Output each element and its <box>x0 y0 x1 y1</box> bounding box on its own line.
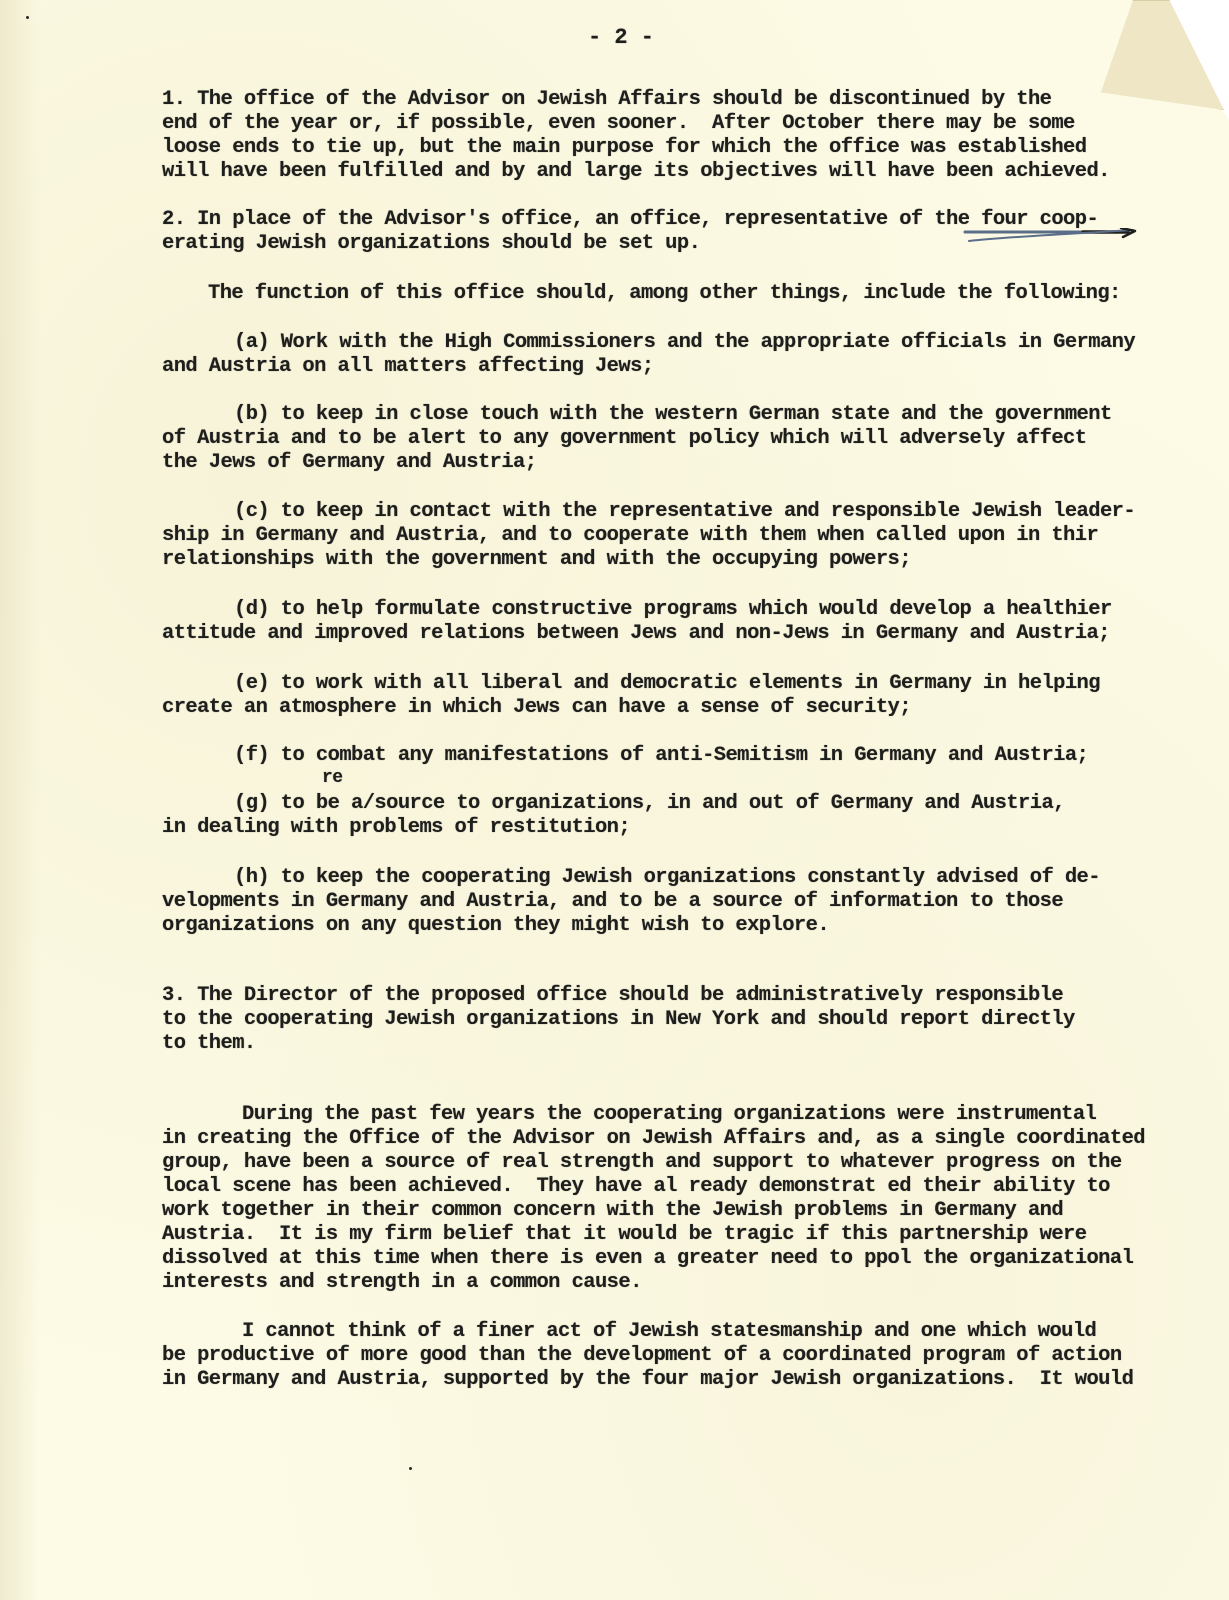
paper-speck <box>26 16 29 19</box>
item-b-line-3: the Jews of Germany and Austria; <box>162 451 536 475</box>
item-g-line-1: (g) to be a/source to organizations, in … <box>234 792 1065 816</box>
item-1-line-2: end of the year or, if possible, even so… <box>162 112 1075 136</box>
item-2-line-1: 2. In place of the Advisor's office, an … <box>162 208 1098 232</box>
item-f-line-1: (f) to combat any manifestations of anti… <box>234 744 1088 768</box>
past-years-line-2: in creating the Office of the Advisor on… <box>162 1127 1145 1151</box>
item-h-line-1: (h) to keep the cooperating Jewish organ… <box>234 866 1100 890</box>
item-d-line-1: (d) to help formulate constructive progr… <box>234 598 1112 622</box>
statesmanship-line-2: be productive of more good than the deve… <box>162 1344 1122 1368</box>
item-g-line-2: in dealing with problems of restitution; <box>162 816 630 840</box>
past-years-line-7: dissolved at this time when there is eve… <box>162 1247 1133 1271</box>
past-years-line-5: work together in their common concern wi… <box>162 1199 1063 1223</box>
item-c-line-3: relationships with the government and wi… <box>162 548 911 572</box>
statesmanship-line-1: I cannot think of a finer act of Jewish … <box>242 1320 1096 1344</box>
past-years-line-4: local scene has been achieved. They have… <box>162 1175 1110 1199</box>
item-e-line-1: (e) to work with all liberal and democra… <box>234 672 1100 696</box>
item-1-line-4: will have been fulfilled and by and larg… <box>162 160 1110 184</box>
item-2-line-2: erating Jewish organizations should be s… <box>162 232 700 256</box>
item-c-line-2: ship in Germany and Austria, and to coop… <box>162 524 1098 548</box>
page-number: - 2 - <box>588 25 654 50</box>
item-d-line-2: attitude and improved relations between … <box>162 622 1110 646</box>
item-b-line-2: of Austria and to be alert to any govern… <box>162 427 1086 451</box>
item-c-line-1: (c) to keep in contact with the represen… <box>234 500 1135 524</box>
item-b-line-1: (b) to keep in close touch with the west… <box>234 403 1112 427</box>
past-years-line-6: Austria. It is my firm belief that it wo… <box>162 1223 1086 1247</box>
item-3-line-3: to them. <box>162 1032 256 1056</box>
item-1-line-1: 1. The office of the Advisor on Jewish A… <box>162 88 1051 112</box>
item-e-line-2: create an atmosphere in which Jews can h… <box>162 696 911 720</box>
document-page: - 2 - 1. The office of the Advisor on Je… <box>0 0 1229 1600</box>
item-3-line-1: 3. The Director of the proposed office s… <box>162 984 1063 1008</box>
function-intro: The function of this office should, amon… <box>208 282 1121 306</box>
item-a-line-2: and Austria on all matters affecting Jew… <box>162 355 654 379</box>
past-years-line-8: interests and strength in a common cause… <box>162 1271 642 1295</box>
paper-speck <box>409 1467 412 1470</box>
item-a-line-1: (a) Work with the High Commissioners and… <box>234 331 1135 355</box>
handwritten-insertion-note: re <box>322 768 342 788</box>
item-1-line-3: loose ends to tie up, but the main purpo… <box>162 136 1086 160</box>
past-years-line-3: group, have been a source of real streng… <box>162 1151 1122 1175</box>
item-h-line-3: organizations on any question they might… <box>162 914 829 938</box>
statesmanship-line-3: in Germany and Austria, supported by the… <box>162 1368 1133 1392</box>
past-years-line-1: During the past few years the cooperatin… <box>242 1103 1096 1127</box>
item-3-line-2: to the cooperating Jewish organizations … <box>162 1008 1075 1032</box>
item-h-line-2: velopments in Germany and Austria, and t… <box>162 890 1063 914</box>
